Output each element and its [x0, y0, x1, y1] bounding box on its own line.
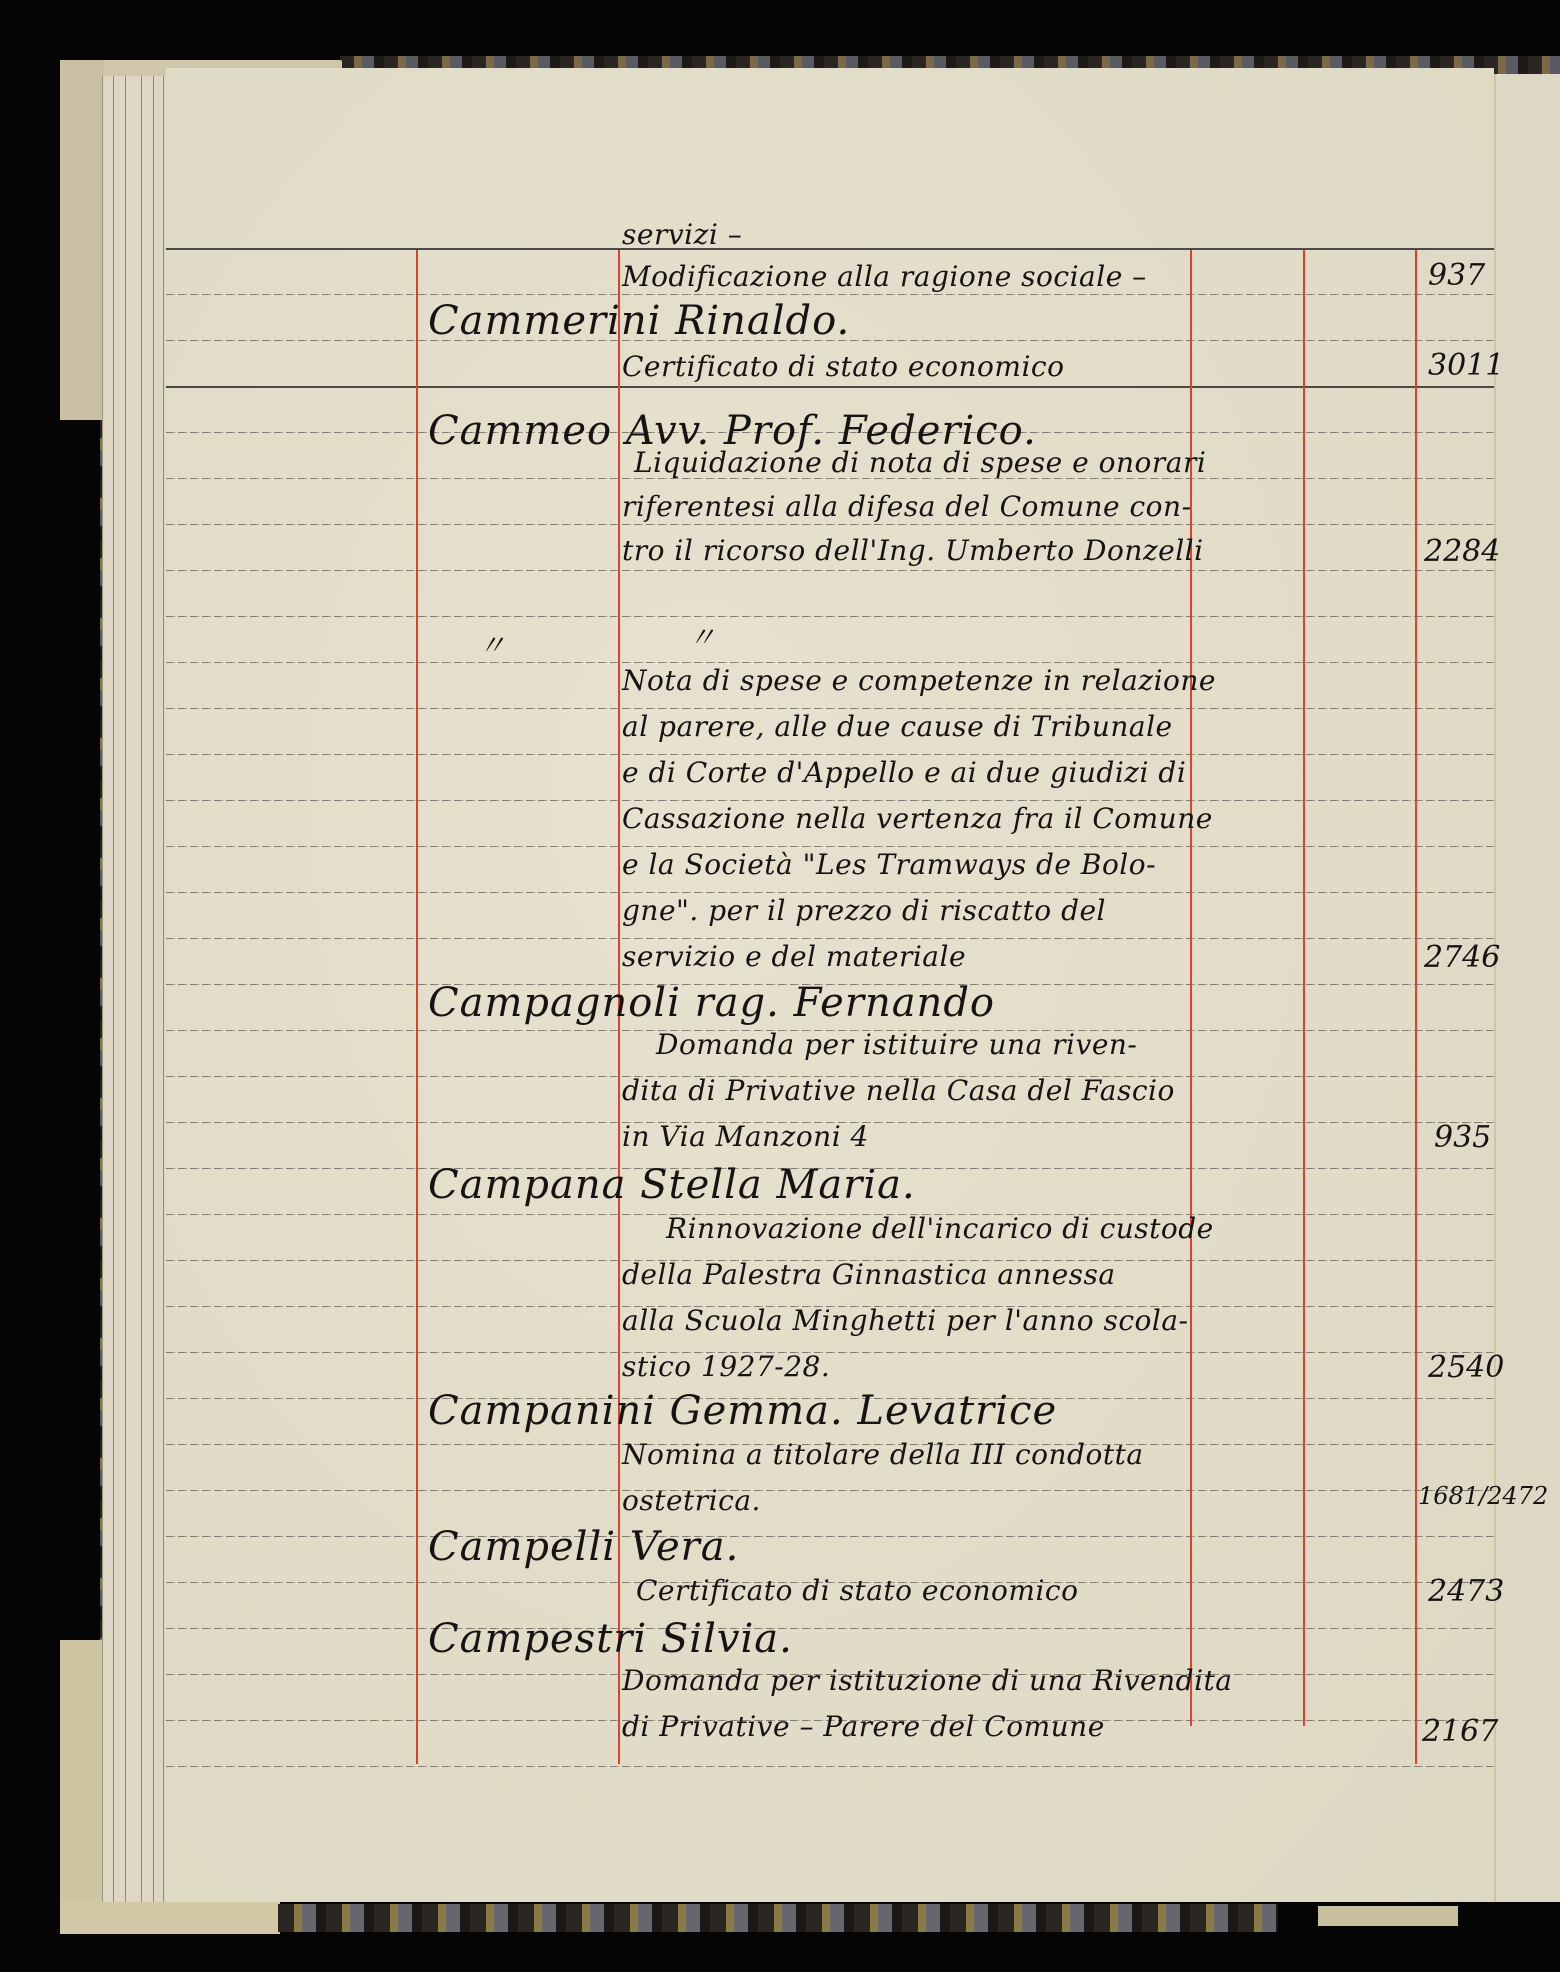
ditto-mark: 〃 — [478, 624, 506, 664]
book-cover-bottom-edge — [278, 1904, 1278, 1932]
entry-subject-line: Nota di spese e competenze in relazione — [622, 664, 1216, 697]
entry-subject-line: e la Società "Les Tramways de Bolo- — [622, 848, 1156, 881]
ditto-mark: 〃 — [688, 616, 716, 656]
entry-number: 2284 — [1424, 534, 1500, 569]
entry-number: 935 — [1434, 1120, 1491, 1155]
entry-number: 937 — [1428, 258, 1485, 293]
entry-subject-line: ostetrica. — [622, 1484, 761, 1517]
entry-subject-line: servizio e del materiale — [622, 940, 966, 973]
entry-subject-line: servizi – — [622, 218, 742, 251]
entry-subject-line: stico 1927-28. — [622, 1350, 830, 1383]
entry-subject-line: Domanda per istituire una riven- — [656, 1028, 1137, 1061]
entry-number: 2167 — [1422, 1714, 1498, 1749]
entry-subject-line: dita di Privative nella Casa del Fascio — [622, 1074, 1175, 1107]
entry-subject-line: tro il ricorso dell'Ing. Umberto Donzell… — [622, 534, 1204, 567]
entry-name: Campelli Vera. — [428, 1524, 739, 1570]
cover-corner-bottom-left — [60, 1900, 280, 1934]
entry-number: 2473 — [1428, 1574, 1504, 1609]
entry-subject-line: gne". per il prezzo di riscatto del — [622, 894, 1106, 927]
entry-subject-line: Liquidazione di nota di spese e onorari — [634, 446, 1206, 479]
column-rule-number — [1415, 250, 1417, 1764]
entry-subject-line: al parere, alle due cause di Tribunale — [622, 710, 1173, 743]
entry-name: Campana Stella Maria. — [428, 1162, 916, 1208]
entry-number: 2540 — [1428, 1350, 1504, 1385]
entry-subject-line: della Palestra Ginnastica annessa — [622, 1258, 1116, 1291]
cover-corner-bottom-right — [1318, 1906, 1458, 1926]
cover-spine-top-left — [60, 60, 104, 420]
ledger-page: servizi – Modificazione alla ragione soc… — [166, 68, 1494, 1902]
entry-name: Campanini Gemma. Levatrice — [428, 1388, 1057, 1434]
entry-number: 2746 — [1424, 940, 1500, 975]
entry-subject-line: riferentesi alla difesa del Comune con- — [622, 490, 1192, 523]
entry-name: Cammerini Rinaldo. — [428, 298, 850, 344]
page-stack-edges — [102, 76, 169, 1902]
entry-subject-line: alla Scuola Minghetti per l'anno scola- — [622, 1304, 1189, 1337]
entry-name: Campestri Silvia. — [428, 1616, 793, 1662]
entry-subject-line: Nomina a titolare della III condotta — [622, 1438, 1144, 1471]
entry-subject-line: Rinnovazione dell'incarico di custode — [666, 1212, 1214, 1245]
entry-subject-line: Cassazione nella vertenza fra il Comune — [622, 802, 1213, 835]
ruling-line — [166, 248, 1494, 250]
entry-subject-line: Certificato di stato economico — [622, 350, 1064, 383]
entry-number: 1681/2472 — [1418, 1482, 1548, 1510]
entry-subject-line: Modificazione alla ragione sociale – — [622, 260, 1147, 293]
entry-subject-line: e di Corte d'Appello e ai due giudizi di — [622, 756, 1186, 789]
entry-subject-line: Domanda per istituzione di una Rivendita — [622, 1664, 1233, 1697]
entry-number: 3011 — [1428, 348, 1504, 383]
cover-spine-bottom-left — [60, 1640, 104, 1930]
column-rule-blank — [1303, 250, 1305, 1726]
entry-subject-line: di Privative – Parere del Comune — [622, 1710, 1105, 1743]
entry-name: Campagnoli rag. Fernando — [428, 980, 995, 1026]
column-rule-left — [416, 250, 418, 1764]
entry-subject-line: in Via Manzoni 4 — [622, 1120, 869, 1153]
entry-subject-line: Certificato di stato economico — [636, 1574, 1078, 1607]
